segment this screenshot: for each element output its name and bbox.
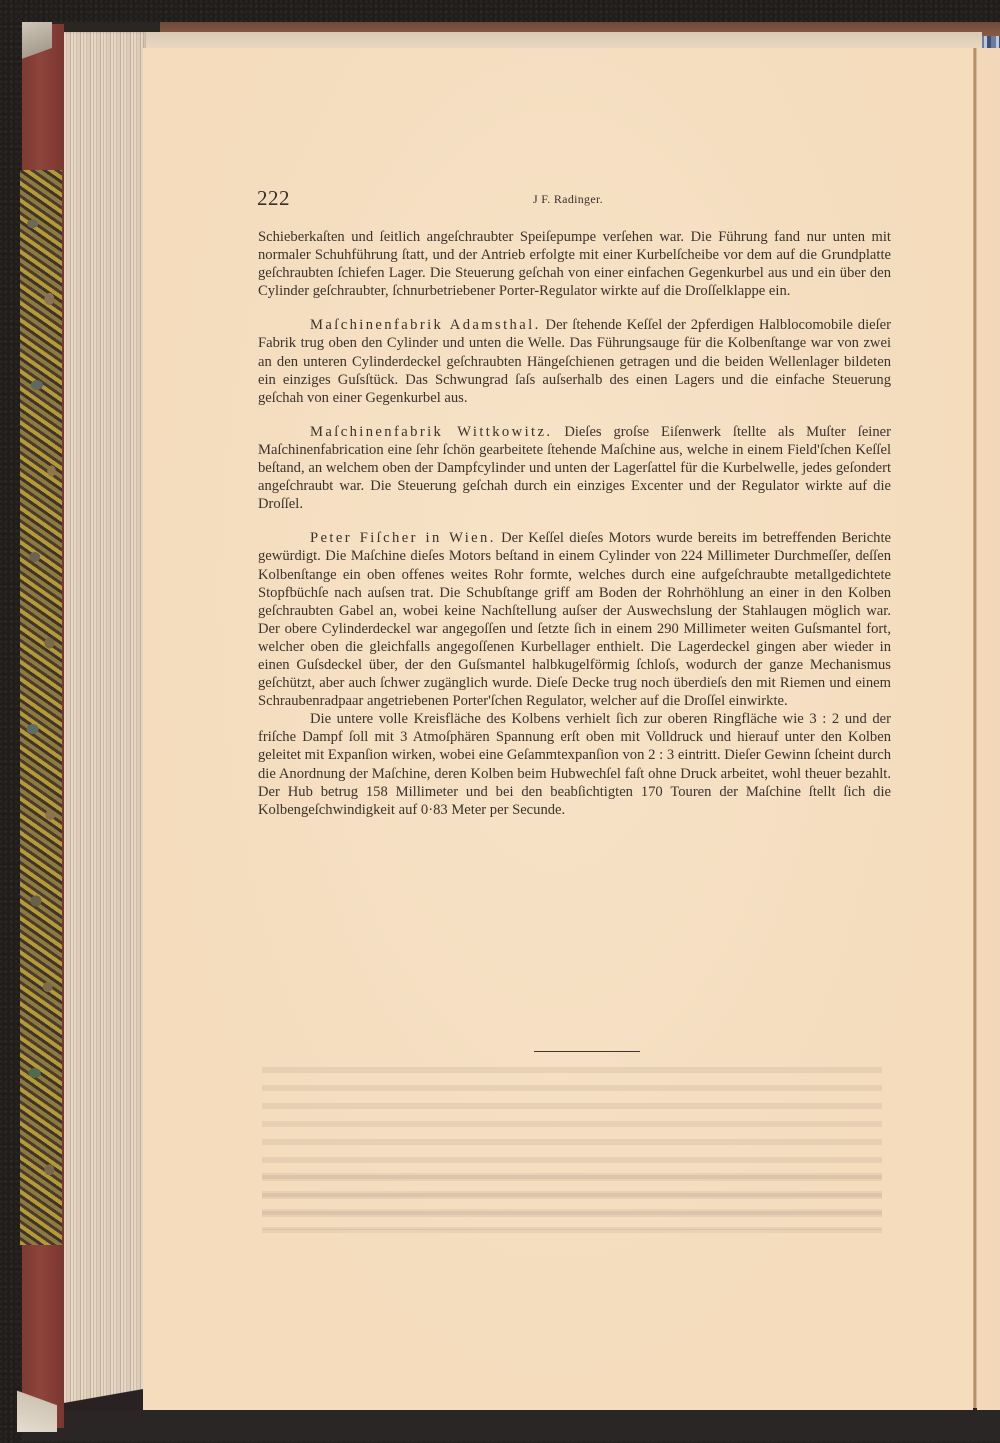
paragraph-text: Schieberkaſten und ſeitlich angeſchraubt… bbox=[258, 229, 891, 299]
cover-corner-top bbox=[22, 22, 52, 72]
running-header: 222 J F. Radinger. bbox=[257, 186, 897, 210]
page-number: 222 bbox=[257, 186, 290, 211]
section-lead: Maſchinenfabrik Adamsthal. bbox=[310, 317, 541, 333]
paragraph-adamsthal: Maſchinenfabrik Adamsthal. Der ſtehende … bbox=[258, 316, 891, 406]
paragraph-fischer: Peter Fiſcher in Wien. Der Keſſel dieſes… bbox=[258, 529, 891, 710]
bleed-through-texture bbox=[262, 1166, 882, 1236]
paragraph-text: Die untere volle Kreisfläche des Kolbens… bbox=[258, 711, 891, 817]
section-lead: Peter Fiſcher in Wien. bbox=[310, 530, 496, 546]
stacked-page-edges bbox=[64, 32, 146, 1410]
body-text: Schieberkaſten und ſeitlich angeſchraubt… bbox=[258, 228, 891, 819]
paragraph-text: Der Keſſel dieſes Motors wurde bereits i… bbox=[258, 530, 891, 709]
running-head-author: J F. Radinger. bbox=[533, 192, 603, 207]
cover-corner-bottom bbox=[17, 1372, 57, 1432]
facing-page-edge bbox=[977, 48, 1000, 1410]
paragraph-kolben: Die untere volle Kreisfläche des Kolbens… bbox=[258, 710, 891, 819]
page-top-edge bbox=[112, 32, 982, 48]
paragraph-wittkowitz: Maſchinenfabrik Wittkowitz. Dieſes groſs… bbox=[258, 423, 891, 513]
paragraph-continuation: Schieberkaſten und ſeitlich angeſchraubt… bbox=[258, 228, 891, 300]
section-end-rule bbox=[534, 1051, 640, 1053]
marbled-board bbox=[20, 170, 62, 1245]
section-lead: Maſchinenfabrik Wittkowitz. bbox=[310, 424, 552, 440]
